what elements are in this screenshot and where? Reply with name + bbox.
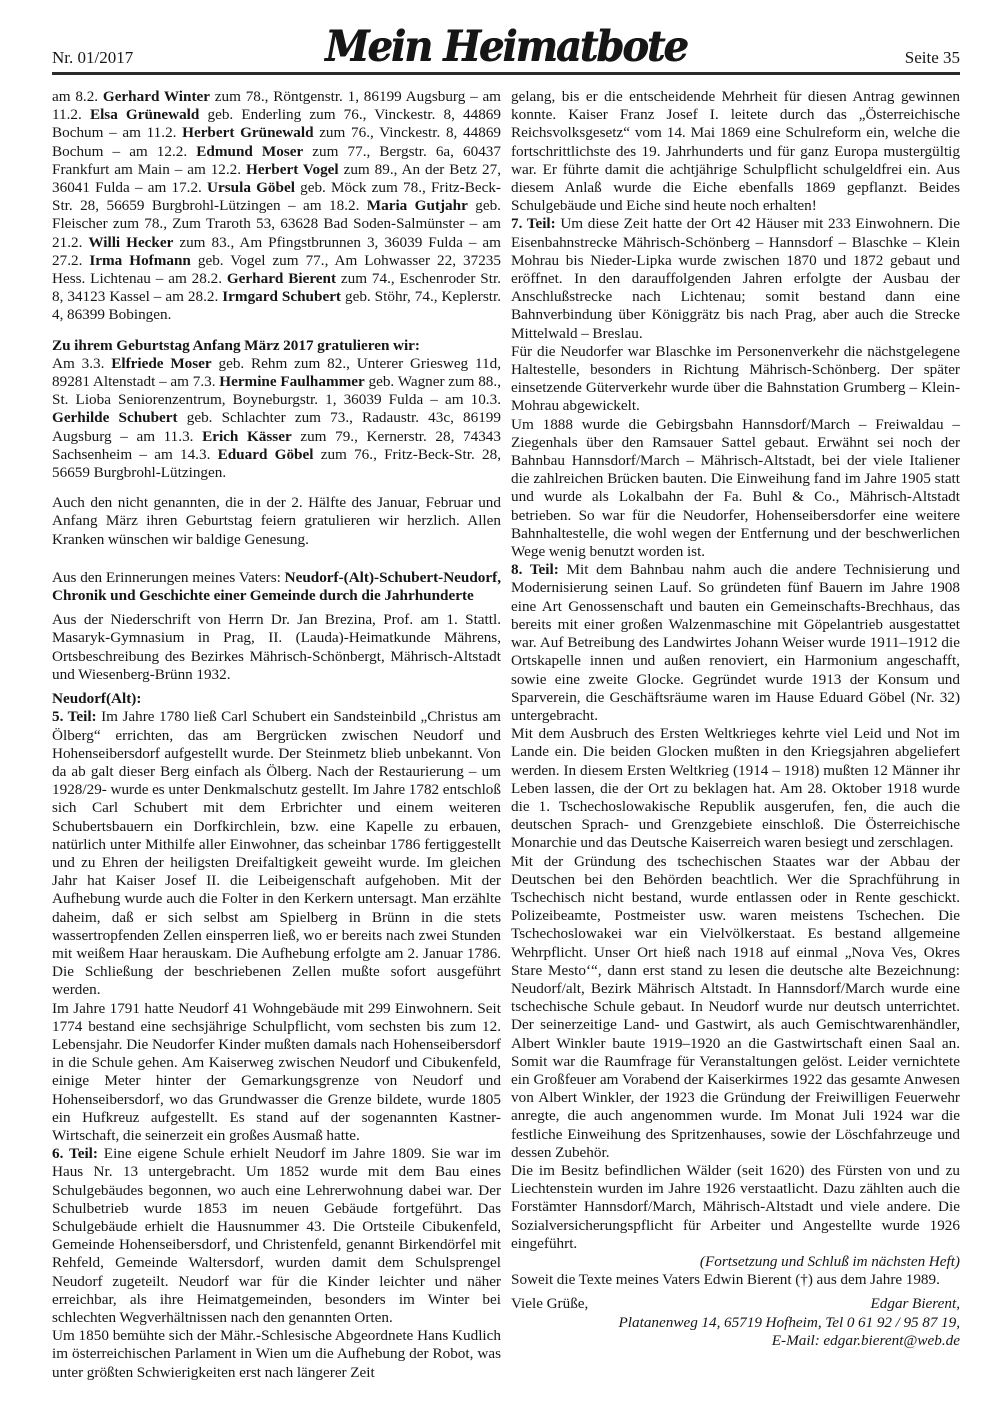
emphasized-text: Gerhard Winter (103, 88, 210, 105)
emphasized-text: Gerhilde Schubert (52, 409, 178, 426)
congratulations-note: Auch den nicht genannten, die in der 2. … (52, 494, 501, 549)
signature-row: Viele Grüße,Edgar Bierent, (511, 1295, 960, 1313)
emphasized-text: 7. Teil: (511, 215, 556, 232)
forests-paragraph: Die im Besitz befindlichen Wälder (seit … (511, 1162, 960, 1253)
text-run: Auch den nicht genannten, die in der 2. … (52, 494, 501, 547)
emphasized-text: Hermine Faulhammer (219, 373, 364, 390)
text-run: Um diese Zeit hatte der Ort 42 Häuser mi… (511, 215, 960, 341)
part-7-paragraph: 7. Teil: Um diese Zeit hatte der Ort 42 … (511, 215, 960, 342)
part-8-paragraph: 8. Teil: Mit dem Bahnbau nahm auch die a… (511, 561, 960, 725)
neudorf-alt-heading: Neudorf(Alt): (52, 690, 501, 708)
article-columns: am 8.2. Gerhard Winter zum 78., Röntgens… (52, 88, 960, 1382)
czech-state-paragraph: Mit der Gründung des tschechischen Staat… (511, 853, 960, 1162)
chronicle-source: Aus der Niederschrift von Herrn Dr. Jan … (52, 611, 501, 684)
text-run: Aus den Erinnerungen meines Vaters: (52, 569, 285, 586)
emphasized-text: Gerhard Bierent (227, 270, 336, 287)
newspaper-page: Nr. 01/2017 Mein Heimatbote Seite 35 am … (0, 0, 1000, 1412)
mountain-railway-paragraph: Um 1888 wurde die Gebirgsbahn Hannsdorf/… (511, 416, 960, 562)
right-column: gelang, bis er die entscheidende Mehrhei… (511, 88, 960, 1382)
school-reform-paragraph: gelang, bis er die entscheidende Mehrhei… (511, 88, 960, 215)
text-run: Im Jahre 1780 ließ Carl Schubert ein San… (52, 708, 501, 998)
emphasized-text: Neudorf(Alt): (52, 690, 141, 707)
text-run: Die im Besitz befindlichen Wälder (seit … (511, 1162, 960, 1252)
emphasized-text: Ursula Göbel (207, 179, 295, 196)
part-5-paragraph: 5. Teil: Im Jahre 1780 ließ Carl Schuber… (52, 708, 501, 999)
text-run: Aus der Niederschrift von Herrn Dr. Jan … (52, 611, 501, 683)
text-run: gelang, bis er die entscheidende Mehrhei… (511, 88, 960, 214)
emphasized-text: Elfriede Moser (111, 355, 211, 372)
emphasized-text: 6. Teil: (52, 1145, 98, 1162)
text-run: Platanenweg 14, 65719 Hofheim, Tel 0 61 … (619, 1314, 960, 1331)
emphasized-text: Herbert Vogel (246, 161, 339, 178)
source-attribution: Soweit die Texte meines Vaters Edwin Bie… (511, 1271, 960, 1289)
emphasized-text: Irma Hofmann (89, 252, 191, 269)
birthday-list-march: Am 3.3. Elfriede Moser geb. Rehm zum 82.… (52, 355, 501, 482)
emphasized-text: Edmund Moser (196, 143, 303, 160)
page-header: Nr. 01/2017 Mein Heimatbote Seite 35 (52, 26, 960, 75)
year-1850-paragraph: Um 1850 bemühte sich der Mähr.-Schlesisc… (52, 1327, 501, 1382)
text-run: Um 1888 wurde die Gebirgsbahn Hannsdorf/… (511, 416, 960, 560)
emphasized-text: Zu ihrem Geburtstag Anfang März 2017 gra… (52, 337, 420, 354)
emphasized-text: 8. Teil: (511, 561, 559, 578)
chronicle-title: Aus den Erinnerungen meines Vaters: Neud… (52, 569, 501, 605)
text-run: Mit der Gründung des tschechischen Staat… (511, 853, 960, 1161)
emphasized-text: Willi Hecker (88, 234, 173, 251)
text-run: E-Mail: edgar.bierent@web.de (772, 1332, 960, 1349)
signature-name: Edgar Bierent, (870, 1295, 960, 1313)
continuation-note: (Fortsetzung und Schluß im nächsten Heft… (511, 1253, 960, 1271)
emphasized-text: Herbert Grünewald (182, 124, 313, 141)
text-run: am 8.2. (52, 88, 103, 105)
emphasized-text: Maria Gutjahr (367, 197, 468, 214)
masthead-title: Mein Heimatbote (182, 25, 830, 69)
march-birthday-heading: Zu ihrem Geburtstag Anfang März 2017 gra… (52, 337, 501, 355)
signature-address: Platanenweg 14, 65719 Hofheim, Tel 0 61 … (511, 1314, 960, 1332)
year-1791-paragraph: Im Jahre 1791 hatte Neudorf 41 Wohngebäu… (52, 1000, 501, 1146)
text-run: Um 1850 bemühte sich der Mähr.-Schlesisc… (52, 1327, 501, 1380)
text-run: (Fortsetzung und Schluß im nächsten Heft… (700, 1253, 960, 1270)
page-number: Seite 35 (830, 48, 960, 68)
part-6-paragraph: 6. Teil: Eine eigene Schule erhielt Neud… (52, 1145, 501, 1327)
text-run: Für die Neudorfer war Blaschke im Person… (511, 343, 960, 415)
world-war-one-paragraph: Mit dem Ausbruch des Ersten Weltkrieges … (511, 725, 960, 852)
birthday-list-february: am 8.2. Gerhard Winter zum 78., Röntgens… (52, 88, 501, 325)
text-run: Eine eigene Schule erhielt Neudorf im Ja… (52, 1145, 501, 1326)
emphasized-text: 5. Teil: (52, 708, 97, 725)
left-column: am 8.2. Gerhard Winter zum 78., Röntgens… (52, 88, 501, 1382)
emphasized-text: Erich Kässer (202, 428, 292, 445)
text-run: Soweit die Texte meines Vaters Edwin Bie… (511, 1271, 940, 1288)
emphasized-text: Elsa Grünewald (90, 106, 199, 123)
issue-number: Nr. 01/2017 (52, 48, 182, 68)
text-run: Im Jahre 1791 hatte Neudorf 41 Wohngebäu… (52, 1000, 501, 1144)
emphasized-text: Irmgard Schubert (222, 288, 341, 305)
text-run: Mit dem Ausbruch des Ersten Weltkrieges … (511, 725, 960, 851)
emphasized-text: Eduard Göbel (218, 446, 314, 463)
text-run: Mit dem Bahnbau nahm auch die andere Tec… (511, 561, 960, 724)
signature-greeting: Viele Grüße, (511, 1295, 588, 1313)
blaschke-station-paragraph: Für die Neudorfer war Blaschke im Person… (511, 343, 960, 416)
signature-email: E-Mail: edgar.bierent@web.de (511, 1332, 960, 1350)
text-run: Am 3.3. (52, 355, 111, 372)
